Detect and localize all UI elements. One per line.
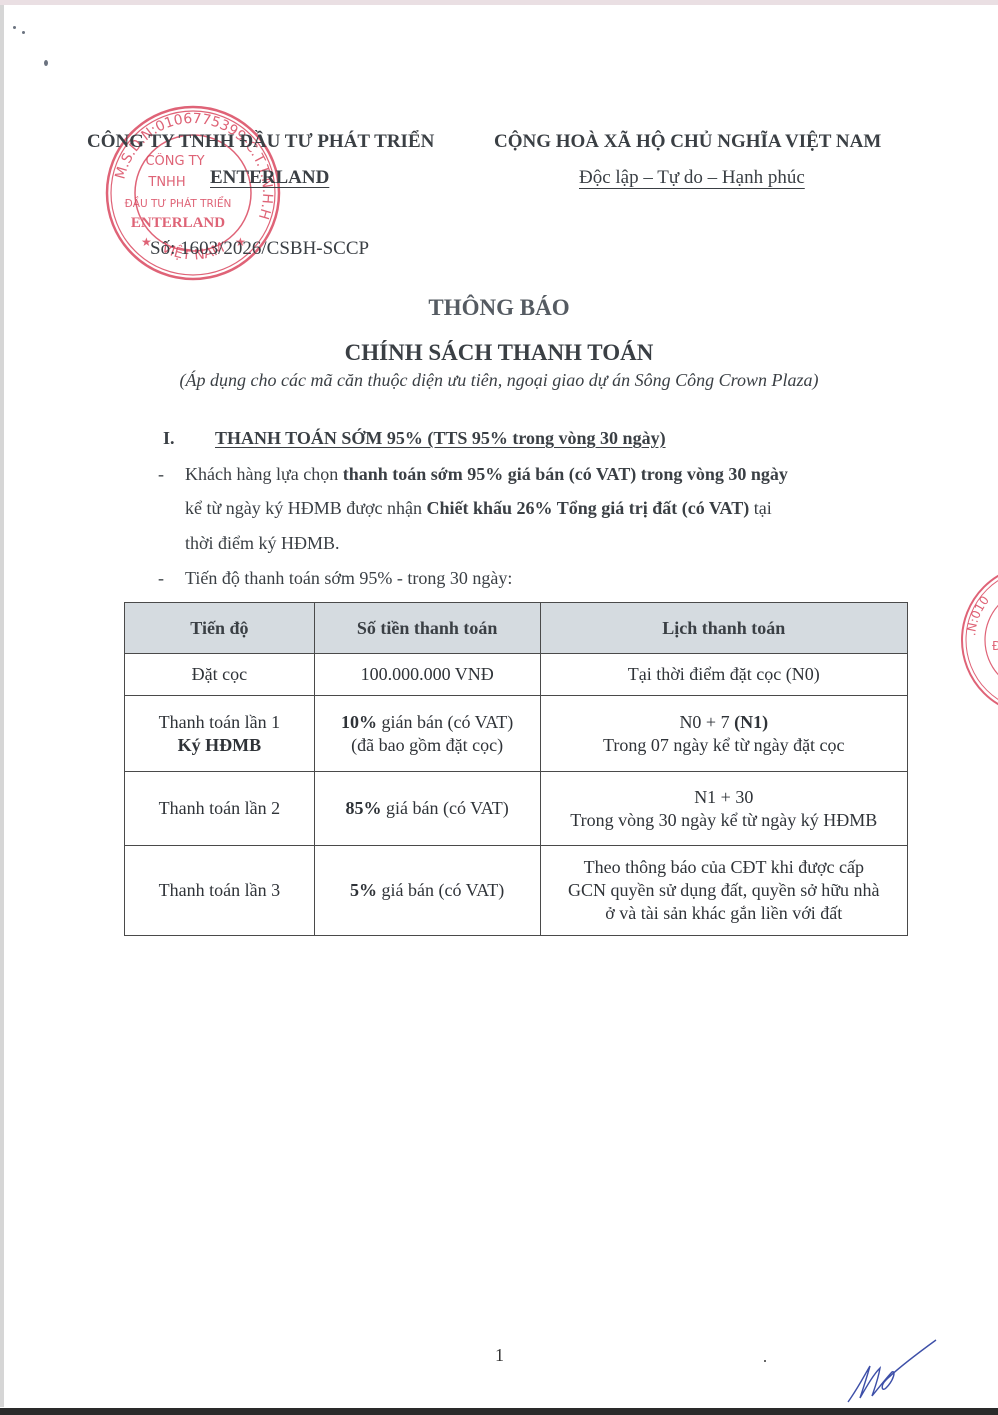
schedule-cell: N0 + 7 (N1)Trong 07 ngày kể từ ngày đặt … bbox=[540, 696, 907, 772]
svg-text:Đ: Đ bbox=[992, 639, 998, 653]
svg-text:TNHH: TNHH bbox=[147, 175, 185, 190]
paragraph-line: thời điểm ký HĐMB. bbox=[185, 533, 340, 554]
scan-speck bbox=[764, 1360, 766, 1362]
amount-cell: 5% giá bán (có VAT) bbox=[314, 846, 540, 936]
partial-seal-stamp: M.S.D.N:010 Đ bbox=[955, 560, 998, 720]
schedule-cell: Theo thông báo của CĐT khi được cấpGCN q… bbox=[540, 846, 907, 936]
table-row: Đặt cọc100.000.000 VNĐTại thời điểm đặt … bbox=[125, 654, 908, 696]
table-row: Thanh toán lần 35% giá bán (có VAT)Theo … bbox=[125, 846, 908, 936]
scan-speck bbox=[22, 31, 25, 34]
section-number: I. bbox=[163, 428, 175, 449]
emphasis-text: Chiết khấu 26% Tổng giá trị đất (có VAT) bbox=[427, 498, 750, 518]
document-number: Số: 1603/2026/CSBH-SCCP bbox=[150, 238, 369, 260]
text-span: Khách hàng lựa chọn bbox=[185, 464, 343, 484]
notice-title: THÔNG BÁO bbox=[0, 295, 998, 321]
stage-cell: Thanh toán lần 3 bbox=[125, 846, 315, 936]
header-amount: Số tiền thanh toán bbox=[314, 603, 540, 654]
stage-cell: Thanh toán lần 1Ký HĐMB bbox=[125, 696, 315, 772]
scan-speck bbox=[44, 60, 48, 66]
header-stage: Tiến độ bbox=[125, 603, 315, 654]
svg-text:ENTERLAND: ENTERLAND bbox=[131, 215, 225, 231]
company-name-line1: CÔNG TY TNHH ĐẦU TƯ PHÁT TRIỂN bbox=[87, 131, 434, 153]
table-row: Thanh toán lần 285% giá bán (có VAT)N1 +… bbox=[125, 772, 908, 846]
amount-cell: 10% gián bán (có VAT)(đã bao gồm đặt cọc… bbox=[314, 696, 540, 772]
paragraph-line: Tiến độ thanh toán sớm 95% - trong 30 ng… bbox=[185, 568, 512, 589]
amount-cell: 100.000.000 VNĐ bbox=[314, 654, 540, 696]
bullet-marker: - bbox=[158, 568, 164, 589]
amount-cell: 85% giá bán (có VAT) bbox=[314, 772, 540, 846]
schedule-cell: Tại thời điểm đặt cọc (N0) bbox=[540, 654, 907, 696]
section-heading: THANH TOÁN SỚM 95% (TTS 95% trong vòng 3… bbox=[215, 428, 666, 449]
text-span: tại bbox=[749, 498, 772, 518]
company-name-line2: ENTERLAND bbox=[210, 167, 329, 189]
paragraph-line: Khách hàng lựa chọn thanh toán sớm 95% g… bbox=[185, 464, 788, 485]
stage-cell: Thanh toán lần 2 bbox=[125, 772, 315, 846]
emphasis-text: thanh toán sớm 95% giá bán (có VAT) tron… bbox=[343, 464, 788, 484]
policy-title: CHÍNH SÁCH THANH TOÁN bbox=[0, 340, 998, 366]
paragraph-line: kể từ ngày ký HĐMB được nhận Chiết khấu … bbox=[185, 498, 772, 519]
header-schedule: Lịch thanh toán bbox=[540, 603, 907, 654]
scan-speck bbox=[13, 26, 16, 29]
scan-edge-bottom bbox=[0, 1408, 998, 1415]
svg-text:CÔNG TY: CÔNG TY bbox=[145, 153, 204, 169]
national-motto: Độc lập – Tự do – Hạnh phúc bbox=[579, 167, 805, 189]
payment-schedule-table: Tiến độ Số tiền thanh toán Lịch thanh to… bbox=[124, 602, 908, 936]
policy-subtitle: (Áp dụng cho các mã căn thuộc diện ưu ti… bbox=[0, 370, 998, 391]
page-number: 1 bbox=[495, 1345, 504, 1366]
text-span: kể từ ngày ký HĐMB được nhận bbox=[185, 498, 427, 518]
national-title: CỘNG HOÀ XÃ HỘ CHỦ NGHĨA VIỆT NAM bbox=[494, 131, 881, 153]
signature bbox=[840, 1336, 940, 1408]
stage-cell: Đặt cọc bbox=[125, 654, 315, 696]
schedule-cell: N1 + 30Trong vòng 30 ngày kể từ ngày ký … bbox=[540, 772, 907, 846]
scan-edge-left bbox=[0, 5, 4, 1407]
table-header-row: Tiến độ Số tiền thanh toán Lịch thanh to… bbox=[125, 603, 908, 654]
table-row: Thanh toán lần 1Ký HĐMB10% gián bán (có … bbox=[125, 696, 908, 772]
bullet-marker: - bbox=[158, 464, 164, 485]
svg-text:ĐẦU TƯ PHÁT TRIỂN: ĐẦU TƯ PHÁT TRIỂN bbox=[125, 196, 232, 210]
scan-edge-top bbox=[0, 0, 998, 5]
